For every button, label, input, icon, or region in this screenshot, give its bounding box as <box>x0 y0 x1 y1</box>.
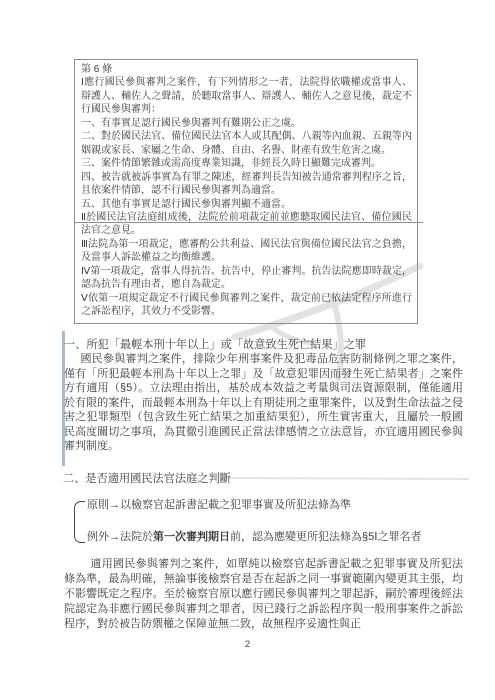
section-two-paragraph: 適用國民參與審判之案件，如單純以檢察官起訴書記載之犯罪事實及所犯法條為準，最為明… <box>64 557 463 632</box>
exception-line: 例外→法院於第一次審判期日前，認為應變更所犯法條為§5Ⅰ之罪名者 <box>87 531 421 544</box>
brace-bracket <box>74 501 85 543</box>
statute-paragraph: 四、被告就被訴事實為有罪之陳述，經審判長告知被告通常審判程序之旨，且依案件情節，… <box>81 171 412 198</box>
statute-paragraph: 五、其他有事實足認行國民參與審判顯不適當。 <box>81 198 412 211</box>
section-two-heading: 二、是否適用國民法官法庭之判斷 <box>63 472 231 486</box>
statute-paragraph: Ⅰ應行國民參與審判之案件，有下列情形之一者，法院得依職權或當事人、辯護人、輔佐人… <box>81 76 412 116</box>
statute-paragraph: 一、有事實足認行國民參與審判有難期公正之虞。 <box>81 117 412 130</box>
statute-paragraph: Ⅴ依第一項規定裁定不行國民參與審判之案件，裁定前已依法定程序所進行之訴訟程序，其… <box>81 292 412 319</box>
exception-bold-term: 第一次審判期日 <box>153 531 230 543</box>
exception-suffix: 前，認為應變更所犯法條為§5Ⅰ之罪名者 <box>230 531 421 543</box>
statute-paragraph: Ⅳ第一項裁定，當事人得抗告。抗告中，停止審判。抗告法院應即時裁定，認為抗告有理由… <box>81 265 412 292</box>
exception-prefix: 例外→法院於 <box>87 531 153 543</box>
principle-line: 原則→以檢察官起訴書記載之犯罪事實及所犯法條為準 <box>87 499 351 512</box>
statute-paragraphs: Ⅰ應行國民參與審判之案件，有下列情形之一者，法院得依職權或當事人、辯護人、輔佐人… <box>81 76 412 318</box>
statute-paragraph: 三、案件情節繁雜或需高度專業知識，非經長久時日顯難完成審判。 <box>81 157 412 170</box>
statute-title: 第 6 條 <box>81 63 412 76</box>
section-one-heading: 一、所犯「最輕本刑十年以上」或「故意致生死亡結果」之罪 <box>64 338 366 352</box>
statute-paragraph: Ⅲ法院為第一項裁定，應審酌公共利益、國民法官與備位國民法官之負擔，及當事人訴訟權… <box>81 238 412 265</box>
section-one-paragraph: 國民參與審判之案件，排除少年刑事案件及犯毒品危害防制條例之罪之案件，僅有「所犯最… <box>64 352 463 454</box>
statute-paragraph: 二、對於國民法官、備位國民法官本人或其配偶、八親等內血親、五親等內姻親或家長、家… <box>81 130 412 157</box>
statute-paragraph: Ⅱ於國民法官法庭組成後，法院於前項裁定前並應聽取國民法官、備位國民法官之意見。 <box>81 211 412 238</box>
statute-box: 第 6 條 Ⅰ應行國民參與審判之案件，有下列情形之一者，法院得依職權或當事人、辯… <box>74 59 418 324</box>
page-number: 2 <box>0 639 495 650</box>
document-page: 第 6 條 Ⅰ應行國民參與審判之案件，有下列情形之一者，法院得依職權或當事人、辯… <box>0 0 495 700</box>
